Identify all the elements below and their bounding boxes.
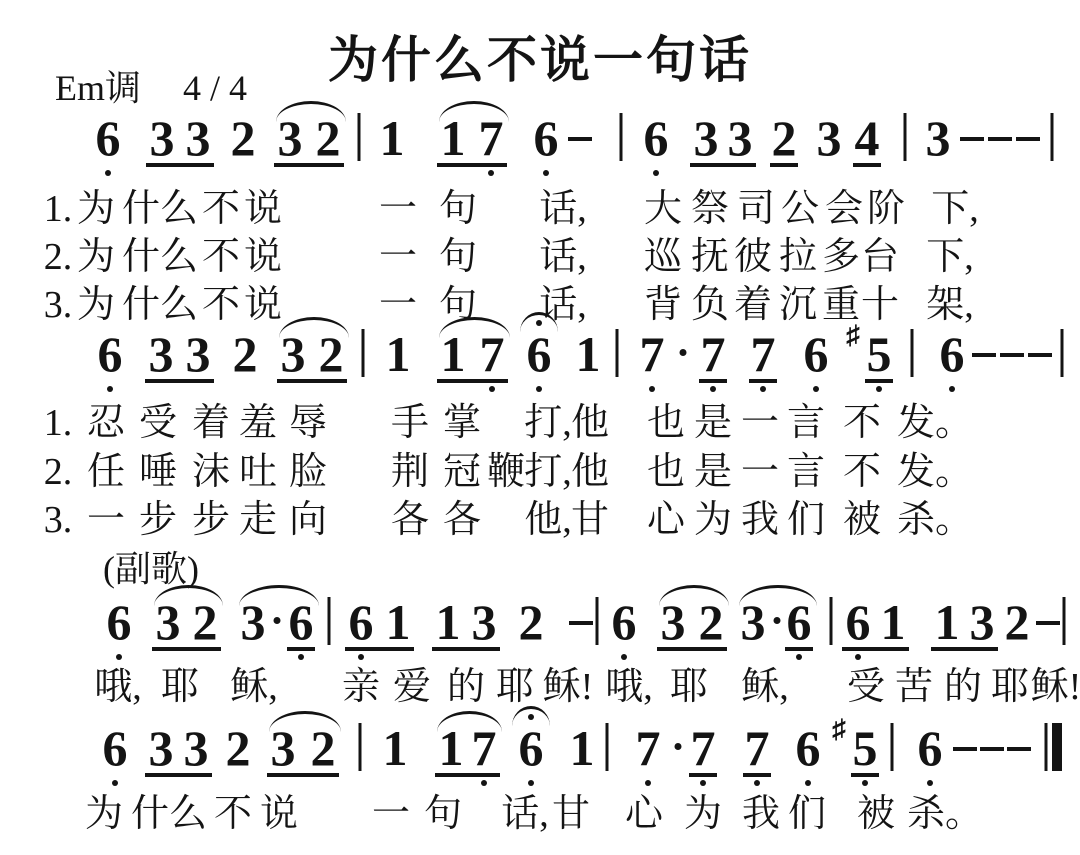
- octave-dot: [805, 780, 811, 786]
- octave-dot: [536, 386, 542, 392]
- octave-dot: [298, 654, 304, 660]
- beam-underline: [435, 773, 500, 777]
- lyric-syllable: 句: [424, 793, 462, 835]
- octave-dot: [760, 386, 766, 392]
- note: 6: [96, 112, 121, 164]
- slur: [659, 585, 729, 606]
- barline: [1051, 113, 1054, 161]
- note: 6: [940, 328, 965, 380]
- note: 7: [640, 328, 665, 380]
- lyric-syllable: 任: [87, 451, 125, 493]
- beam-underline: [749, 379, 777, 383]
- dash: [1007, 747, 1031, 751]
- lyric-syllable: 稣,: [741, 666, 789, 708]
- lyric-syllable: 祭: [691, 188, 729, 230]
- lyric-syllable: 什: [122, 284, 160, 326]
- barline: [358, 113, 361, 161]
- octave-dot: [876, 386, 882, 392]
- lyric-syllable: 发。: [897, 451, 973, 493]
- lyric-syllable: 为: [77, 284, 115, 326]
- lyric-syllable: 走: [239, 499, 277, 541]
- beam-underline: [145, 379, 214, 383]
- note: 1: [881, 596, 906, 648]
- lyric-syllable: 一: [741, 451, 779, 493]
- lyric-syllable: 一: [87, 499, 125, 541]
- note: 3: [472, 596, 497, 648]
- lyric-syllable: 话,: [501, 793, 549, 835]
- note: 4: [855, 112, 880, 164]
- octave-dot: [653, 170, 659, 176]
- fermata-dot: [528, 714, 534, 720]
- note: 2: [226, 722, 251, 774]
- note: 3: [150, 112, 175, 164]
- lyric-syllable: 哦,: [94, 666, 142, 708]
- lyric-syllable: 一: [372, 793, 410, 835]
- lyric-syllable: 鞭: [487, 451, 525, 493]
- lyric-syllable: 稣!: [543, 666, 594, 708]
- octave-dot: [358, 654, 364, 660]
- lyric-syllable: 1.: [44, 188, 73, 230]
- lyric-syllable: 手: [391, 402, 429, 444]
- lyric-syllable: 1.: [44, 402, 73, 444]
- barline: [620, 113, 623, 161]
- note: 3: [149, 722, 174, 774]
- note: 6: [918, 722, 943, 774]
- lyric-syllable: 被: [843, 499, 881, 541]
- lyric-syllable: 向: [289, 499, 327, 541]
- barline: [328, 597, 331, 645]
- barline: [606, 723, 609, 771]
- sharp-sign: ♯: [832, 714, 846, 745]
- note: 2: [772, 112, 797, 164]
- octave-dot: [528, 780, 534, 786]
- lyric-syllable: 们: [787, 499, 825, 541]
- lyric-syllable: 受: [139, 402, 177, 444]
- octave-dot: [700, 780, 706, 786]
- note: 3: [926, 112, 951, 164]
- augmentation-dot: [274, 617, 281, 624]
- dash: [972, 353, 996, 357]
- barline: [830, 597, 833, 645]
- lyric-syllable: 受: [847, 666, 885, 708]
- lyric-syllable: 着: [734, 284, 772, 326]
- slur: [439, 101, 509, 122]
- beam-underline: [699, 379, 727, 383]
- beam-underline: [689, 773, 717, 777]
- lyric-syllable: 的: [447, 666, 485, 708]
- note: 2: [519, 596, 544, 648]
- lyric-syllable: 他: [571, 402, 609, 444]
- octave-dot: [107, 386, 113, 392]
- slur: [239, 585, 319, 606]
- lyric-syllable: 一: [379, 284, 417, 326]
- note: 6: [644, 112, 669, 164]
- note: 6: [103, 722, 128, 774]
- lyric-syllable: 不: [202, 236, 240, 278]
- lyric-syllable: 公: [781, 188, 819, 230]
- note: 7: [751, 328, 776, 380]
- lyric-syllable: 负: [691, 284, 729, 326]
- lyric-syllable: 下,: [926, 236, 974, 278]
- beam-underline: [851, 773, 879, 777]
- lyric-syllable: 大: [644, 188, 682, 230]
- slur: [437, 711, 502, 732]
- octave-dot: [645, 780, 651, 786]
- note: 6: [107, 596, 132, 648]
- lyric-syllable: 重: [822, 284, 860, 326]
- lyric-syllable: 一: [741, 402, 779, 444]
- lyric-syllable: 也: [647, 451, 685, 493]
- lyric-syllable: 会: [825, 188, 863, 230]
- beam-underline: [437, 379, 508, 383]
- lyric-syllable: 么: [169, 793, 207, 835]
- note: 6: [98, 328, 123, 380]
- lyric-syllable: 不: [202, 284, 240, 326]
- note: 6: [349, 596, 374, 648]
- lyric-syllable: 着: [192, 402, 230, 444]
- note: 1: [576, 328, 601, 380]
- dash: [953, 747, 977, 751]
- lyric-syllable: 耶: [496, 666, 534, 708]
- note: 3: [186, 328, 211, 380]
- lyric-line: 3.为什么不说一句话,背负着沉重十架,: [0, 284, 1080, 328]
- dash: [568, 137, 592, 141]
- lyric-syllable: 3.: [44, 499, 73, 541]
- lyric-syllable: 什: [131, 793, 169, 835]
- lyric-syllable: 羞: [239, 402, 277, 444]
- lyric-syllable: 唾: [139, 451, 177, 493]
- slur: [739, 585, 817, 606]
- lyric-syllable: 下,: [931, 188, 979, 230]
- barline: [359, 723, 362, 771]
- dash: [569, 621, 593, 625]
- note: 3: [149, 328, 174, 380]
- final-barline-thin: [1045, 723, 1048, 771]
- beam-underline: [432, 647, 500, 651]
- music-line: 63323211766332343: [0, 100, 1080, 180]
- octave-dot: [710, 386, 716, 392]
- beam-underline: [657, 647, 727, 651]
- music-line: 6332321176177765♯6: [0, 316, 1080, 396]
- note: 1: [935, 596, 960, 648]
- augmentation-dot: [680, 349, 687, 356]
- note: 7: [636, 722, 661, 774]
- note: 1: [386, 596, 411, 648]
- lyric-syllable: 3.: [44, 284, 73, 326]
- lyric-syllable: 么: [160, 236, 198, 278]
- lyric-syllable: 话,: [539, 236, 587, 278]
- note: 6: [519, 722, 544, 774]
- lyric-syllable: 的: [944, 666, 982, 708]
- lyric-line: 2.任唾沫吐脸荆冠鞭打,他也是一言不发。: [0, 451, 1080, 495]
- note: 3: [184, 722, 209, 774]
- beam-underline: [770, 163, 798, 167]
- beam-underline: [152, 647, 221, 651]
- note: 2: [231, 112, 256, 164]
- lyric-syllable: 话,: [539, 284, 587, 326]
- lyric-syllable: 步: [192, 499, 230, 541]
- lyric-syllable: 言: [787, 451, 825, 493]
- lyric-syllable: 说: [244, 236, 282, 278]
- note: 3: [970, 596, 995, 648]
- lyric-syllable: 是: [694, 451, 732, 493]
- lyric-syllable: 也: [647, 402, 685, 444]
- beam-underline: [842, 647, 909, 651]
- note: 1: [380, 112, 405, 164]
- octave-dot: [862, 780, 868, 786]
- lyric-syllable: 心: [625, 793, 663, 835]
- lyric-syllable: 打,: [524, 402, 572, 444]
- lyric-syllable: 耶: [991, 666, 1029, 708]
- lyric-syllable: 各: [443, 499, 481, 541]
- beam-underline: [274, 163, 344, 167]
- lyric-syllable: 一: [379, 236, 417, 278]
- lyric-syllable: 杀。: [907, 793, 983, 835]
- octave-dot: [949, 386, 955, 392]
- octave-dot: [754, 780, 760, 786]
- note: 3: [186, 112, 211, 164]
- barline: [891, 723, 894, 771]
- lyric-syllable: 么: [160, 284, 198, 326]
- music-line: 6332321176177765♯6: [0, 710, 1080, 790]
- beam-underline: [690, 163, 756, 167]
- lyric-syllable: 稣!: [1031, 666, 1080, 708]
- lyric-syllable: 阶: [867, 188, 905, 230]
- final-barline-thick: [1052, 723, 1062, 771]
- beam-underline: [865, 379, 893, 383]
- lyric-syllable: 么: [160, 188, 198, 230]
- lyric-syllable: 哦,: [605, 666, 653, 708]
- lyric-syllable: 2.: [44, 451, 73, 493]
- lyric-syllable: 杀。: [897, 499, 973, 541]
- augmentation-dot: [675, 743, 682, 750]
- lyric-syllable: 爱: [393, 666, 431, 708]
- lyric-syllable: 不: [202, 188, 240, 230]
- lyric-syllable: 句: [439, 188, 477, 230]
- beam-underline: [785, 647, 813, 651]
- lyric-syllable: 为: [85, 793, 123, 835]
- lyric-syllable: 2.: [44, 236, 73, 278]
- barline: [1061, 329, 1064, 377]
- note: 6: [612, 596, 637, 648]
- lyric-syllable: 十: [861, 284, 899, 326]
- note: 6: [804, 328, 829, 380]
- lyric-syllable: 句: [439, 236, 477, 278]
- barline: [616, 329, 619, 377]
- lyric-syllable: 台: [861, 236, 899, 278]
- note: 6: [846, 596, 871, 648]
- note: 6: [527, 328, 552, 380]
- lyric-syllable: 稣,: [230, 666, 278, 708]
- lyric-line: 1.为什么不说一句话,大祭司公会阶下,: [0, 188, 1080, 232]
- beam-underline: [345, 647, 414, 651]
- lyric-syllable: 他: [571, 451, 609, 493]
- note: 7: [691, 722, 716, 774]
- octave-dot: [649, 386, 655, 392]
- lyric-syllable: 话,: [539, 188, 587, 230]
- lyric-syllable: 苦: [895, 666, 933, 708]
- dash: [1028, 353, 1052, 357]
- note: 3: [694, 112, 719, 164]
- lyric-line: 为什么不说一句话,甘心为我们被杀。: [0, 793, 1080, 837]
- lyric-syllable: 多: [822, 236, 860, 278]
- note: 2: [233, 328, 258, 380]
- dash: [960, 137, 984, 141]
- lyric-syllable: 发。: [897, 402, 973, 444]
- slur: [269, 711, 341, 732]
- octave-dot: [105, 170, 111, 176]
- lyric-line: 哦,耶稣,亲爱的耶稣!哦,耶稣,受苦的耶稣!: [0, 666, 1080, 710]
- lyric-syllable: 耶: [670, 666, 708, 708]
- lyric-syllable: 背: [644, 284, 682, 326]
- lyric-syllable: 沉: [779, 284, 817, 326]
- barline: [1063, 597, 1066, 645]
- lyric-syllable: 们: [788, 793, 826, 835]
- lyric-syllable: 掌: [443, 402, 481, 444]
- lyric-syllable: 心: [647, 499, 685, 541]
- note: 5: [867, 328, 892, 380]
- lyric-syllable: 为: [77, 188, 115, 230]
- octave-dot: [116, 654, 122, 660]
- lyric-syllable: 甘: [571, 499, 609, 541]
- octave-dot: [621, 654, 627, 660]
- slur: [154, 585, 223, 606]
- lyric-syllable: 步: [139, 499, 177, 541]
- lyric-syllable: 冠: [443, 451, 481, 493]
- octave-dot: [489, 386, 495, 392]
- lyric-syllable: 辱: [289, 402, 327, 444]
- lyric-syllable: 巡: [644, 236, 682, 278]
- beam-underline: [277, 379, 347, 383]
- lyric-line: 3.一步步走向各各他,甘心为我们被杀。: [0, 499, 1080, 543]
- lyric-line: 1.忍受着羞辱手掌打,他也是一言不发。: [0, 402, 1080, 446]
- lyric-syllable: 拉: [779, 236, 817, 278]
- dash: [1016, 137, 1040, 141]
- music-line: 63236611326323661132: [0, 584, 1080, 664]
- lyric-line: 2.为什么不说一句话,巡抚彼拉多台下,: [0, 236, 1080, 280]
- barline: [596, 597, 599, 645]
- lyric-syllable: 一: [379, 188, 417, 230]
- lyric-syllable: 打,: [524, 451, 572, 493]
- beam-underline: [145, 773, 212, 777]
- dash: [1000, 353, 1024, 357]
- lyric-syllable: 说: [244, 284, 282, 326]
- lyric-syllable: 各: [391, 499, 429, 541]
- note: 3: [728, 112, 753, 164]
- lyric-syllable: 荆: [391, 451, 429, 493]
- sheet-music-page: 为什么不说一句话 Em调4 / 4 (副歌) 63323211766332343…: [0, 0, 1080, 855]
- beam-underline: [267, 773, 339, 777]
- note: 7: [701, 328, 726, 380]
- lyric-syllable: 耶: [161, 666, 199, 708]
- note: 1: [570, 722, 595, 774]
- beam-underline: [743, 773, 771, 777]
- note: 1: [386, 328, 411, 380]
- lyric-syllable: 司: [737, 188, 775, 230]
- lyric-syllable: 吐: [239, 451, 277, 493]
- lyric-syllable: 为: [684, 793, 722, 835]
- lyric-syllable: 为: [77, 236, 115, 278]
- octave-dot: [488, 170, 494, 176]
- lyric-syllable: 我: [741, 499, 779, 541]
- note: 5: [853, 722, 878, 774]
- lyric-syllable: 他,: [524, 499, 572, 541]
- beam-underline: [146, 163, 214, 167]
- barline: [362, 329, 365, 377]
- lyric-syllable: 架,: [926, 284, 974, 326]
- lyric-syllable: 脸: [289, 451, 327, 493]
- octave-dot: [481, 780, 487, 786]
- lyric-syllable: 亲: [342, 666, 380, 708]
- lyric-syllable: 言: [787, 402, 825, 444]
- beam-underline: [931, 647, 998, 651]
- beam-underline: [853, 163, 881, 167]
- dash: [1036, 621, 1060, 625]
- lyric-syllable: 什: [122, 188, 160, 230]
- octave-dot: [927, 780, 933, 786]
- lyric-syllable: 被: [857, 793, 895, 835]
- beam-underline: [287, 647, 315, 651]
- lyric-syllable: 什: [122, 236, 160, 278]
- octave-dot: [543, 170, 549, 176]
- note: 1: [436, 596, 461, 648]
- note: 2: [1005, 596, 1030, 648]
- octave-dot: [796, 654, 802, 660]
- dash: [988, 137, 1012, 141]
- barline: [911, 329, 914, 377]
- lyric-syllable: 不: [214, 793, 252, 835]
- lyric-syllable: 甘: [552, 793, 590, 835]
- lyric-syllable: 沫: [192, 451, 230, 493]
- lyric-syllable: 抚: [691, 236, 729, 278]
- octave-dot: [112, 780, 118, 786]
- note: 6: [534, 112, 559, 164]
- lyric-syllable: 说: [244, 188, 282, 230]
- barline: [904, 113, 907, 161]
- note: 1: [383, 722, 408, 774]
- lyric-syllable: 是: [694, 402, 732, 444]
- octave-dot: [813, 386, 819, 392]
- lyric-syllable: 彼: [734, 236, 772, 278]
- lyric-syllable: 不: [843, 402, 881, 444]
- octave-dot: [855, 654, 861, 660]
- lyric-syllable: 说: [260, 793, 298, 835]
- augmentation-dot: [774, 617, 781, 624]
- dash: [980, 747, 1004, 751]
- lyric-syllable: 不: [843, 451, 881, 493]
- lyric-syllable: 句: [439, 284, 477, 326]
- lyric-syllable: 忍: [87, 402, 125, 444]
- slur: [276, 101, 346, 122]
- beam-underline: [437, 163, 507, 167]
- note: 7: [745, 722, 770, 774]
- lyric-syllable: 我: [742, 793, 780, 835]
- lyric-syllable: 为: [694, 499, 732, 541]
- note: 6: [796, 722, 821, 774]
- note: 3: [817, 112, 842, 164]
